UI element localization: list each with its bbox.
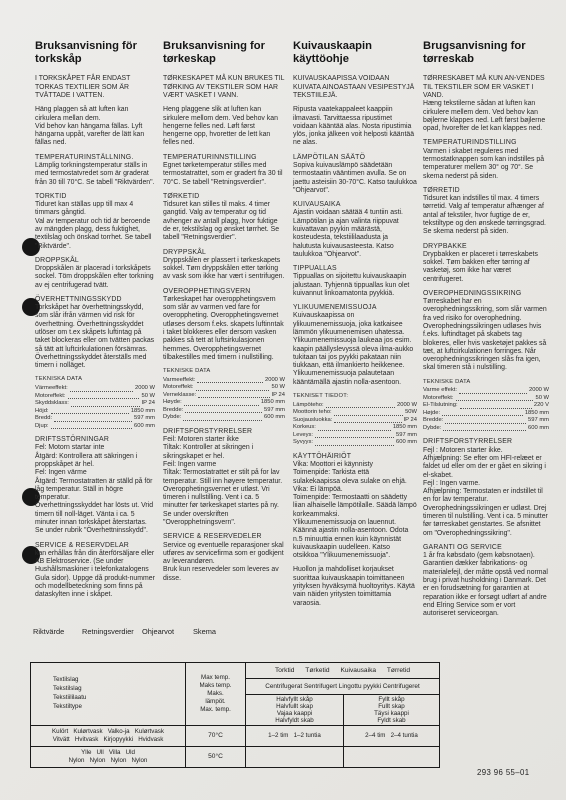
section-heading: TEMPERATURINNSTILLING bbox=[163, 154, 285, 162]
section-body: 1 år fra købsdato (gem købsnotaen). Gara… bbox=[423, 552, 549, 618]
dot-leader bbox=[185, 412, 262, 413]
section-body: Varmen i skabet reguleres med termostatk… bbox=[423, 148, 549, 181]
technical-data: TEKNISET TIEDOT: Lämpöteho:2000 W Mootto… bbox=[293, 393, 417, 447]
section-body: Tørkeskapet har overopphetingsvern som s… bbox=[163, 296, 285, 362]
drying-time-header: Torktid Tørketid Kuivausaika Tørretid bbox=[246, 663, 439, 679]
section-heading: TIPPUALLAS bbox=[293, 265, 417, 273]
tech-row: Bredd:597 mm bbox=[35, 415, 155, 423]
section-drip-tray: TIPPUALLAS Tippuallas on sijoitettu kuiv… bbox=[293, 265, 417, 298]
section-temperature: TEMPERATURINDSTILLING Varmen i skabet re… bbox=[423, 139, 549, 180]
section-troubleshooting: DRIFTSSTÖRNINGAR Fel: Motorn startar int… bbox=[35, 436, 155, 535]
centrifuged-header: Centrifugerat Sentrifugert Lingottu pyyk… bbox=[246, 679, 439, 695]
textile-type-header: Textilslag Tekstilslag Tekstiililaatu Te… bbox=[31, 663, 186, 725]
tech-row: Syvyys:600 mm bbox=[293, 439, 417, 447]
half-full-header: Halvfyllt skåp Halvfullt skap Vajaa kaap… bbox=[246, 695, 344, 725]
legend-label-norwegian: Retningsverdier bbox=[82, 627, 134, 636]
tech-row: Højde:1850 mm bbox=[423, 410, 549, 418]
tech-row: Motoreffekt:50 W bbox=[423, 395, 549, 403]
section-body: Fel: Motorn startar inte Åtgärd: Kontrol… bbox=[35, 444, 155, 535]
section-troubleshooting: DRIFTSFORSTYRRELSER Fejl : Motoren start… bbox=[423, 438, 549, 537]
section-heading: DROPPSKÅL bbox=[35, 257, 155, 265]
section-drip-tray: DRYPBAKKE Drypbakken er placeret i tørre… bbox=[423, 243, 549, 284]
half-full-time-cell: 1–2 tim 1–2 tuntia bbox=[246, 726, 344, 746]
tech-row: Dybde:600 mm bbox=[423, 425, 549, 433]
dot-leader bbox=[184, 405, 259, 406]
page-title: Kuivauskaapin käyttöohje bbox=[293, 40, 417, 66]
dot-leader bbox=[54, 421, 132, 422]
section-heading: SERVICE & RESERVDELAR bbox=[35, 542, 155, 550]
section-drying-time: TØRRETID Tidsuret kan indstilles til max… bbox=[423, 187, 549, 237]
section-heading: KÄYTTÖHÄIRIÖT bbox=[293, 453, 417, 461]
section-body: Drypbakken er placeret i tørreskabets so… bbox=[423, 251, 549, 284]
dot-leader bbox=[334, 415, 403, 416]
tech-row: Höjd:1850 mm bbox=[35, 408, 155, 416]
section-heading: DRYPBAKKE bbox=[423, 243, 549, 251]
temp-cell: 70°C bbox=[186, 726, 246, 746]
tech-row: Moottorin teho:50W bbox=[293, 409, 417, 417]
dot-leader bbox=[315, 445, 394, 446]
section-overheat-protection: ÖVERHETTNINGSSKYDD Torkskåpet har överhe… bbox=[35, 296, 155, 371]
section-body: Tiduret kan ställas upp till max 4 timma… bbox=[35, 201, 155, 251]
section-troubleshooting: KÄYTTÖHÄIRIÖT Vika: Moottori ei käynnist… bbox=[293, 453, 417, 561]
section-body: Torkskåpet har överhettningsskydd, som s… bbox=[35, 304, 155, 370]
table-row: Ylle Ull Villa Uld Nylon Nylon Nylon Nyl… bbox=[31, 746, 439, 767]
section-heading: YLIKUUMENEMISSUOJA bbox=[293, 304, 417, 312]
tech-data-heading: TEKNISET TIEDOT: bbox=[293, 393, 417, 401]
column-finnish: Kuivauskaapin käyttöohje KUIVAUSKAAPISSA… bbox=[293, 40, 417, 614]
fill-level-headers: Halvfyllt skåp Halvfullt skap Vajaa kaap… bbox=[246, 695, 439, 725]
section-body: Dryppskålen er plassert i tørkeskapets s… bbox=[163, 257, 285, 282]
section-service: SERVICE & RESERVDELAR kan erhållas från … bbox=[35, 542, 155, 600]
section-heading: TORKTID bbox=[35, 193, 155, 201]
section-body: Lämplig torkningstemperatur ställs in me… bbox=[35, 162, 155, 187]
column-norwegian: Bruksanvisning for tørkeskap TØRKESKAPET… bbox=[163, 40, 285, 589]
tech-row: El-Tilslutning:220 V bbox=[423, 402, 549, 410]
legend-label-finnish: Ohjearvot bbox=[142, 627, 174, 636]
tech-row: Motoreffekt:50 W bbox=[35, 393, 155, 401]
section-temperature: TEMPERATURINSTÄLLNING. Lämplig torknings… bbox=[35, 154, 155, 187]
section-body: Tidsuret kan indstilles til max. 4 timer… bbox=[423, 195, 549, 236]
section-heading: SERVICE & RESERVEDELER bbox=[163, 533, 285, 541]
section-heading: GARANTI OG SERVICE bbox=[423, 544, 549, 552]
full-cabinet-header: Fyllt skåp Fullt skap Täysi kaappi Fyldt… bbox=[344, 695, 439, 725]
section-overheat-protection: OVEROPPHETINGSVERN Tørkeskapet har overo… bbox=[163, 288, 285, 363]
tech-row: Lämpöteho:2000 W bbox=[293, 402, 417, 410]
warning-text: TØRKESKAPET MÅ KUN BRUKES TIL TØRKING AV… bbox=[163, 75, 285, 100]
tech-row: Dybde:600 mm bbox=[163, 414, 285, 422]
document-number: 293 96 55–01 bbox=[477, 768, 530, 777]
section-warranty: GARANTI OG SERVICE 1 år fra købsdato (ge… bbox=[423, 544, 549, 619]
section-heading: OVEROPPHETINGSVERN bbox=[163, 288, 285, 296]
section-overheat-protection: YLIKUUMENEMISSUOJA Kuivauskaapissa on yl… bbox=[293, 304, 417, 387]
section-body: Fejl : Motoren starter ikke. Afhjælpning… bbox=[423, 447, 549, 538]
section-heading: DRIFTSFORSTYRRELSER bbox=[163, 428, 285, 436]
section-heading: DRIFTSFORSTYRRELSER bbox=[423, 438, 549, 446]
dot-leader bbox=[459, 393, 527, 394]
max-temp-header: Max temp. Maks temp. Maks. lämpöt. Max. … bbox=[186, 663, 246, 725]
warning-text: KUIVAUSKAAPISSA VOIDAAN KUIVATA AINOASTA… bbox=[293, 75, 417, 100]
section-heading: OVEROPHEDNINGSSIKRING bbox=[423, 290, 549, 298]
section-body: Egnet tørketemperatur stilles med termos… bbox=[163, 162, 285, 187]
section-body: Service og eventuelle reparasjoner skal … bbox=[163, 542, 285, 583]
section-heading: DRYPPSKÅL bbox=[163, 249, 285, 257]
section-drying-time: TØRKETID Tidsuret kan stilles til maks. … bbox=[163, 193, 285, 243]
section-heading: TØRRETID bbox=[423, 187, 549, 195]
section-heading: KUIVAUSAIKA bbox=[293, 201, 417, 209]
tech-row: Korkeus:1850 mm bbox=[293, 424, 417, 432]
section-body: Huollon ja mahdolliset korjaukset suorit… bbox=[293, 566, 417, 607]
hanging-instructions: Häng plaggen så att luften kan cirkulera… bbox=[35, 106, 155, 147]
dot-leader bbox=[460, 408, 532, 409]
hanging-instructions: Hæng tekstilerne sådan at luften kan cir… bbox=[423, 100, 549, 133]
dot-leader bbox=[183, 420, 262, 421]
dot-leader bbox=[51, 413, 129, 414]
page-title: Bruksanvisning för torkskåp bbox=[35, 40, 155, 66]
section-body: Droppskålen är placerad i torkskåpets so… bbox=[35, 265, 155, 290]
page-title: Bruksanvisning for tørkeskap bbox=[163, 40, 285, 66]
section-body: Tidsuret kan stilles til maks. 4 timer g… bbox=[163, 201, 285, 242]
tech-row: Suojausluokka:IP 24 bbox=[293, 417, 417, 425]
tech-data-heading: TEKNISKE DATA bbox=[423, 379, 549, 387]
section-body: Kuivauskaapissa on ylikuumenemissuoja, j… bbox=[293, 312, 417, 387]
section-body: Sopiva kuivauslämpö säädetään termostaat… bbox=[293, 162, 417, 195]
dot-leader bbox=[442, 415, 523, 416]
technical-data: TEKNISKE DATA Varmeeffekt:2000 W Motoref… bbox=[163, 368, 285, 422]
textile-cell: Ylle Ull Villa Uld Nylon Nylon Nylon Nyl… bbox=[31, 747, 186, 767]
dot-leader bbox=[68, 398, 140, 399]
tech-row: Høyde:1850 mm bbox=[163, 399, 285, 407]
section-body: kan erhållas från din återförsäljare ell… bbox=[35, 550, 155, 600]
section-temperature: LÄMPÖTILAN SÄÄTÖ Sopiva kuivauslämpö sää… bbox=[293, 154, 417, 195]
half-full-time-cell bbox=[246, 747, 344, 767]
dot-leader bbox=[71, 406, 140, 407]
dot-leader bbox=[198, 397, 269, 398]
dot-leader bbox=[196, 390, 270, 391]
section-heading: TEMPERATURINSTÄLLNING. bbox=[35, 154, 155, 162]
textile-cell: Kulört Kulørtvask Valko-ja Kulørtvask Vi… bbox=[31, 726, 186, 746]
full-time-cell bbox=[344, 747, 439, 767]
dot-leader bbox=[326, 407, 395, 408]
tech-row: Bredde:597 mm bbox=[163, 407, 285, 415]
tech-row: Varme effekt:2000 W bbox=[423, 387, 549, 395]
technical-data: TEKNISKA DATA Värmeeffekt:2000 W Motoref… bbox=[35, 376, 155, 430]
dot-leader bbox=[315, 437, 394, 438]
temp-cell: 50°C bbox=[186, 747, 246, 767]
dot-leader bbox=[456, 400, 534, 401]
warning-text: I TORKSKÅPET FÅR ENDAST TORKAS TEXTILIER… bbox=[35, 75, 155, 100]
hanging-instructions: Ripusta vaatekappaleet kaappiin ilmavast… bbox=[293, 106, 417, 147]
section-body: Tippuallas on sijoitettu kuivauskaapin j… bbox=[293, 273, 417, 298]
warning-text: TØRRESKABET MÅ KUN AN-VENDES TIL TEKSTIL… bbox=[423, 75, 549, 100]
hanging-instructions: Heng plaggene slik at luften kan sirkule… bbox=[163, 106, 285, 147]
tech-row: Skyddsklass:IP 24 bbox=[35, 400, 155, 408]
section-drip-tray: DRYPPSKÅL Dryppskålen er plassert i tørk… bbox=[163, 249, 285, 282]
section-heading: TØRKETID bbox=[163, 193, 285, 201]
tech-row: Värmeeffekt:2000 W bbox=[35, 385, 155, 393]
legend-label-swedish: Riktvärde bbox=[33, 627, 64, 636]
section-heading: ÖVERHETTNINGSSKYDD bbox=[35, 296, 155, 304]
dot-leader bbox=[334, 422, 401, 423]
section-body: Tørreskabet har en overophedningssikring… bbox=[423, 298, 549, 373]
section-heading: TEMPERATURINDSTILLING bbox=[423, 139, 549, 147]
dot-leader bbox=[443, 430, 526, 431]
tech-row: Leveys:597 mm bbox=[293, 432, 417, 440]
page-title: Brugsanvisning for tørreskab bbox=[423, 40, 549, 66]
section-drying-time: KUIVAUSAIKA Ajastin voidaan säätää 4 tun… bbox=[293, 201, 417, 259]
reference-table: Textilslag Tekstilslag Tekstiililaatu Te… bbox=[30, 662, 440, 768]
section-heading: DRIFTSSTÖRNINGAR bbox=[35, 436, 155, 444]
column-swedish: Bruksanvisning för torkskåp I TORKSKÅPET… bbox=[35, 40, 155, 606]
section-body: Feil: Motoren starter ikke Tiltak: Kontr… bbox=[163, 436, 285, 527]
section-heading: LÄMPÖTILAN SÄÄTÖ bbox=[293, 154, 417, 162]
full-time-cell: 2–4 tim 2–4 tuntia bbox=[344, 726, 439, 746]
tech-row: Motoreffekt:50 W bbox=[163, 384, 285, 392]
dot-leader bbox=[51, 428, 133, 429]
tech-data-heading: TEKNISKA DATA bbox=[35, 376, 155, 384]
tech-row: Djup:600 mm bbox=[35, 423, 155, 431]
section-temperature: TEMPERATURINNSTILLING Egnet tørketempera… bbox=[163, 154, 285, 187]
section-body: Vika: Moottori ei käynnisty Toimenpide: … bbox=[293, 461, 417, 560]
section-overheat-protection: OVEROPHEDNINGSSIKRING Tørreskabet har en… bbox=[423, 290, 549, 373]
tech-data-heading: TEKNISKE DATA bbox=[163, 368, 285, 376]
dot-leader bbox=[197, 382, 263, 383]
dot-leader bbox=[318, 430, 391, 431]
table-header-row: Textilslag Tekstilslag Tekstiililaatu Te… bbox=[31, 663, 439, 725]
tech-row: Varmeeffekt:2000 W bbox=[163, 377, 285, 385]
technical-data: TEKNISKE DATA Varme effekt:2000 W Motore… bbox=[423, 379, 549, 433]
section-drying-time: TORKTID Tiduret kan ställas upp till max… bbox=[35, 193, 155, 251]
section-troubleshooting: DRIFTSFORSTYRRELSER Feil: Motoren starte… bbox=[163, 428, 285, 527]
tech-row: Bredde:597 mm bbox=[423, 417, 549, 425]
legend-label-danish: Skema bbox=[193, 627, 216, 636]
section-drip-tray: DROPPSKÅL Droppskålen är placerad i tork… bbox=[35, 257, 155, 290]
column-danish: Brugsanvisning for tørreskab TØRRESKABET… bbox=[423, 40, 549, 624]
tech-row: Verneklasse:IP 24 bbox=[163, 392, 285, 400]
dot-leader bbox=[445, 423, 526, 424]
section-service: SERVICE & RESERVEDELER Service og eventu… bbox=[163, 533, 285, 583]
table-row: Kulört Kulørtvask Valko-ja Kulørtvask Vi… bbox=[31, 725, 439, 746]
section-service: Huollon ja mahdolliset korjaukset suorit… bbox=[293, 566, 417, 607]
drying-time-header-group: Torktid Tørketid Kuivausaika Tørretid Ce… bbox=[246, 663, 439, 725]
section-body: Ajastin voidaan säätää 4 tuntiin asti. L… bbox=[293, 209, 417, 259]
dot-leader bbox=[70, 391, 133, 392]
